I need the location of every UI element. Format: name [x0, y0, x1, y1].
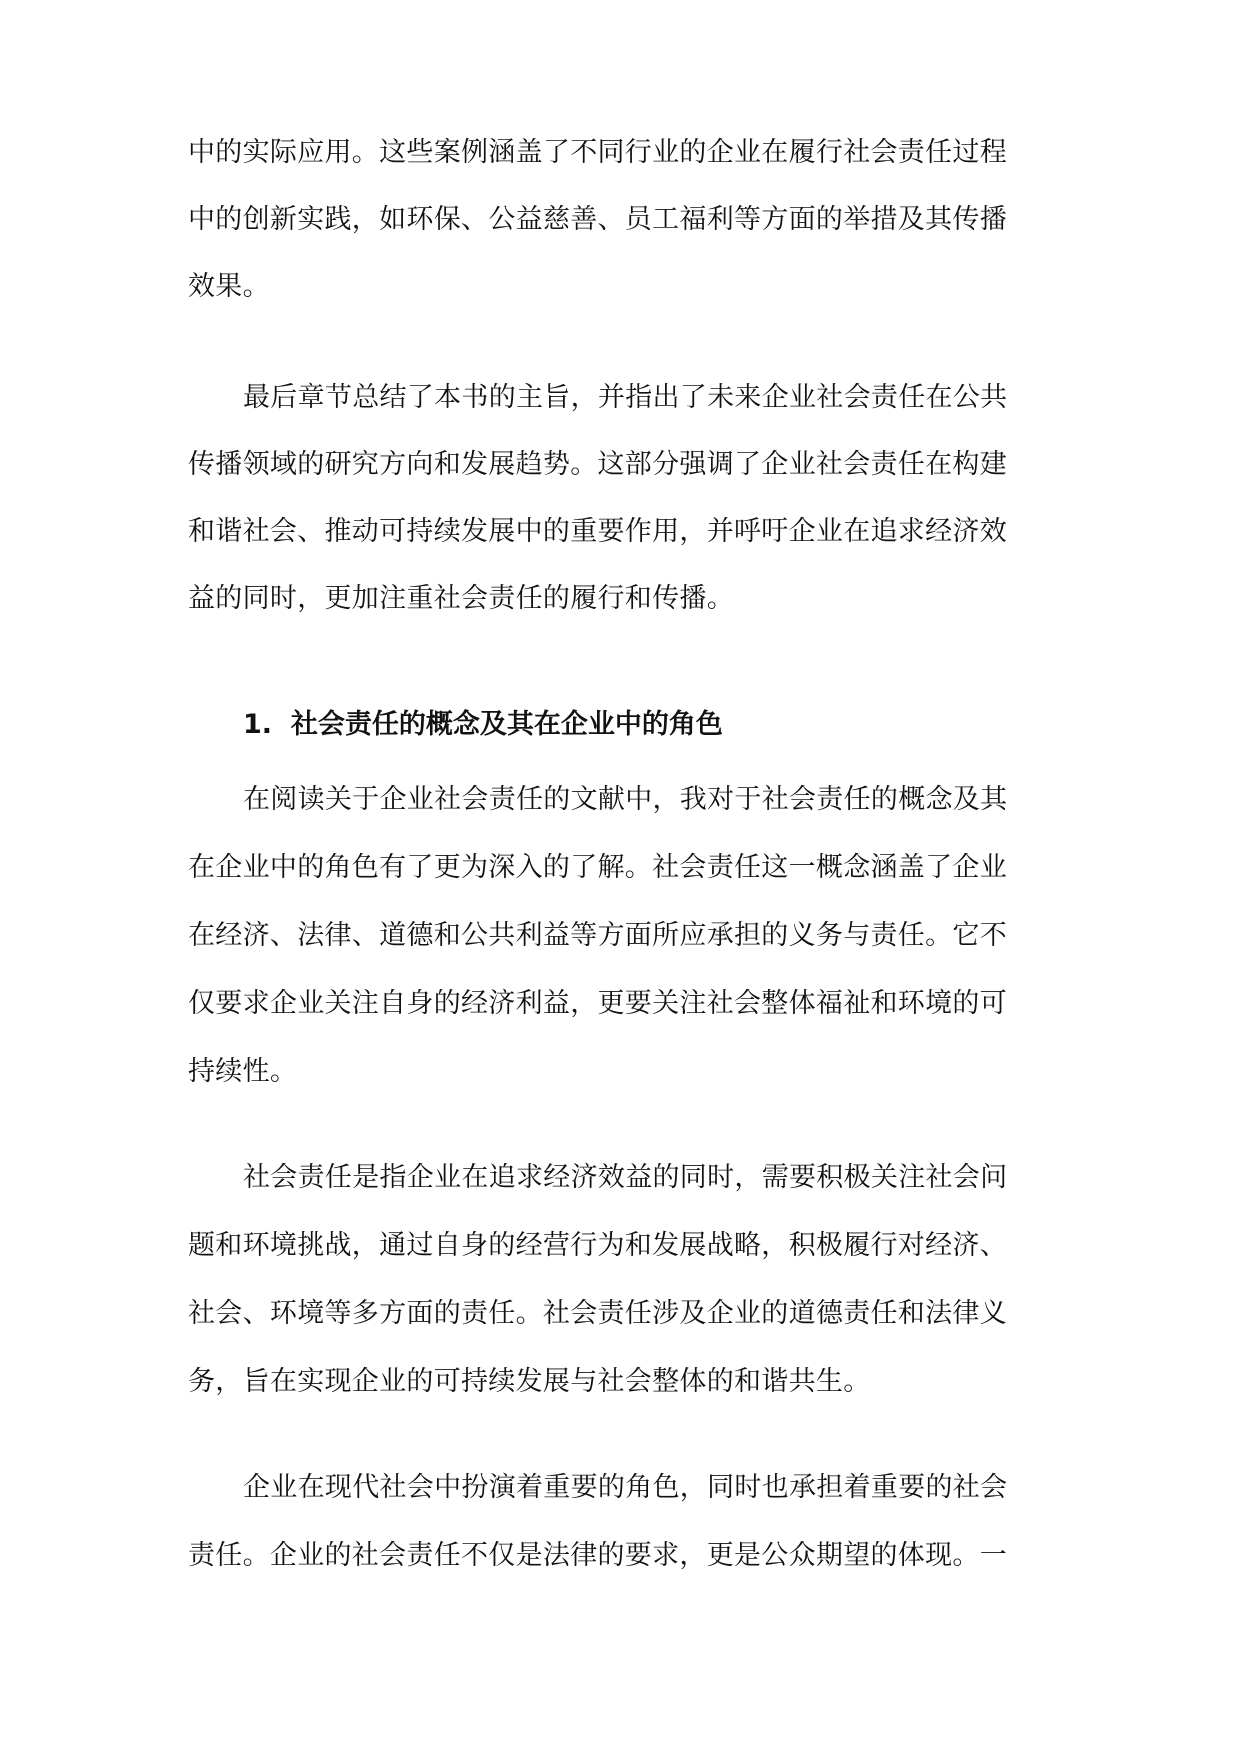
paragraph-3-line-2: 在企业中的角色有了更为深入的了解。社会责任这一概念涵盖了企业	[188, 848, 1068, 888]
paragraph-5-line-1: 企业在现代社会中扮演着重要的角色，同时也承担着重要的社会	[243, 1468, 1123, 1508]
paragraph-4-line-3: 社会、环境等多方面的责任。社会责任涉及企业的道德责任和法律义	[188, 1294, 1068, 1334]
paragraph-3-line-4: 仅要求企业关注自身的经济利益，更要关注社会整体福祉和环境的可	[188, 984, 1068, 1024]
paragraph-3-line-3: 在经济、法律、道德和公共利益等方面所应承担的义务与责任。它不	[188, 916, 1068, 956]
paragraph-1-line-2: 中的创新实践，如环保、公益慈善、员工福利等方面的举措及其传播	[188, 200, 1068, 240]
paragraph-2-line-1: 最后章节总结了本书的主旨，并指出了未来企业社会责任在公共	[243, 378, 1123, 418]
paragraph-2-line-2: 传播领域的研究方向和发展趋势。这部分强调了企业社会责任在构建	[188, 445, 1068, 485]
paragraph-1-line-1: 中的实际应用。这些案例涵盖了不同行业的企业在履行社会责任过程	[188, 133, 1068, 173]
paragraph-4-line-2: 题和环境挑战，通过自身的经营行为和发展战略，积极履行对经济、	[188, 1226, 1068, 1266]
document-page: 中的实际应用。这些案例涵盖了不同行业的企业在履行社会责任过程 中的创新实践，如环…	[0, 0, 1241, 1754]
section-heading-title: 社会责任的概念及其在企业中的角色	[291, 709, 723, 740]
paragraph-3-line-5: 持续性。	[188, 1052, 1068, 1092]
paragraph-1-line-3: 效果。	[188, 267, 1068, 307]
section-heading: 1. 社会责任的概念及其在企业中的角色	[243, 705, 723, 745]
paragraph-2-line-4: 益的同时，更加注重社会责任的履行和传播。	[188, 579, 1068, 619]
paragraph-4-line-1: 社会责任是指企业在追求经济效益的同时，需要积极关注社会问	[243, 1158, 1123, 1198]
section-heading-number: 1.	[243, 709, 272, 740]
paragraph-4-line-4: 务，旨在实现企业的可持续发展与社会整体的和谐共生。	[188, 1362, 1068, 1402]
paragraph-5-line-2: 责任。企业的社会责任不仅是法律的要求，更是公众期望的体现。一	[188, 1536, 1068, 1576]
paragraph-2-line-3: 和谐社会、推动可持续发展中的重要作用，并呼吁企业在追求经济效	[188, 512, 1068, 552]
paragraph-3-line-1: 在阅读关于企业社会责任的文献中，我对于社会责任的概念及其	[243, 780, 1123, 820]
